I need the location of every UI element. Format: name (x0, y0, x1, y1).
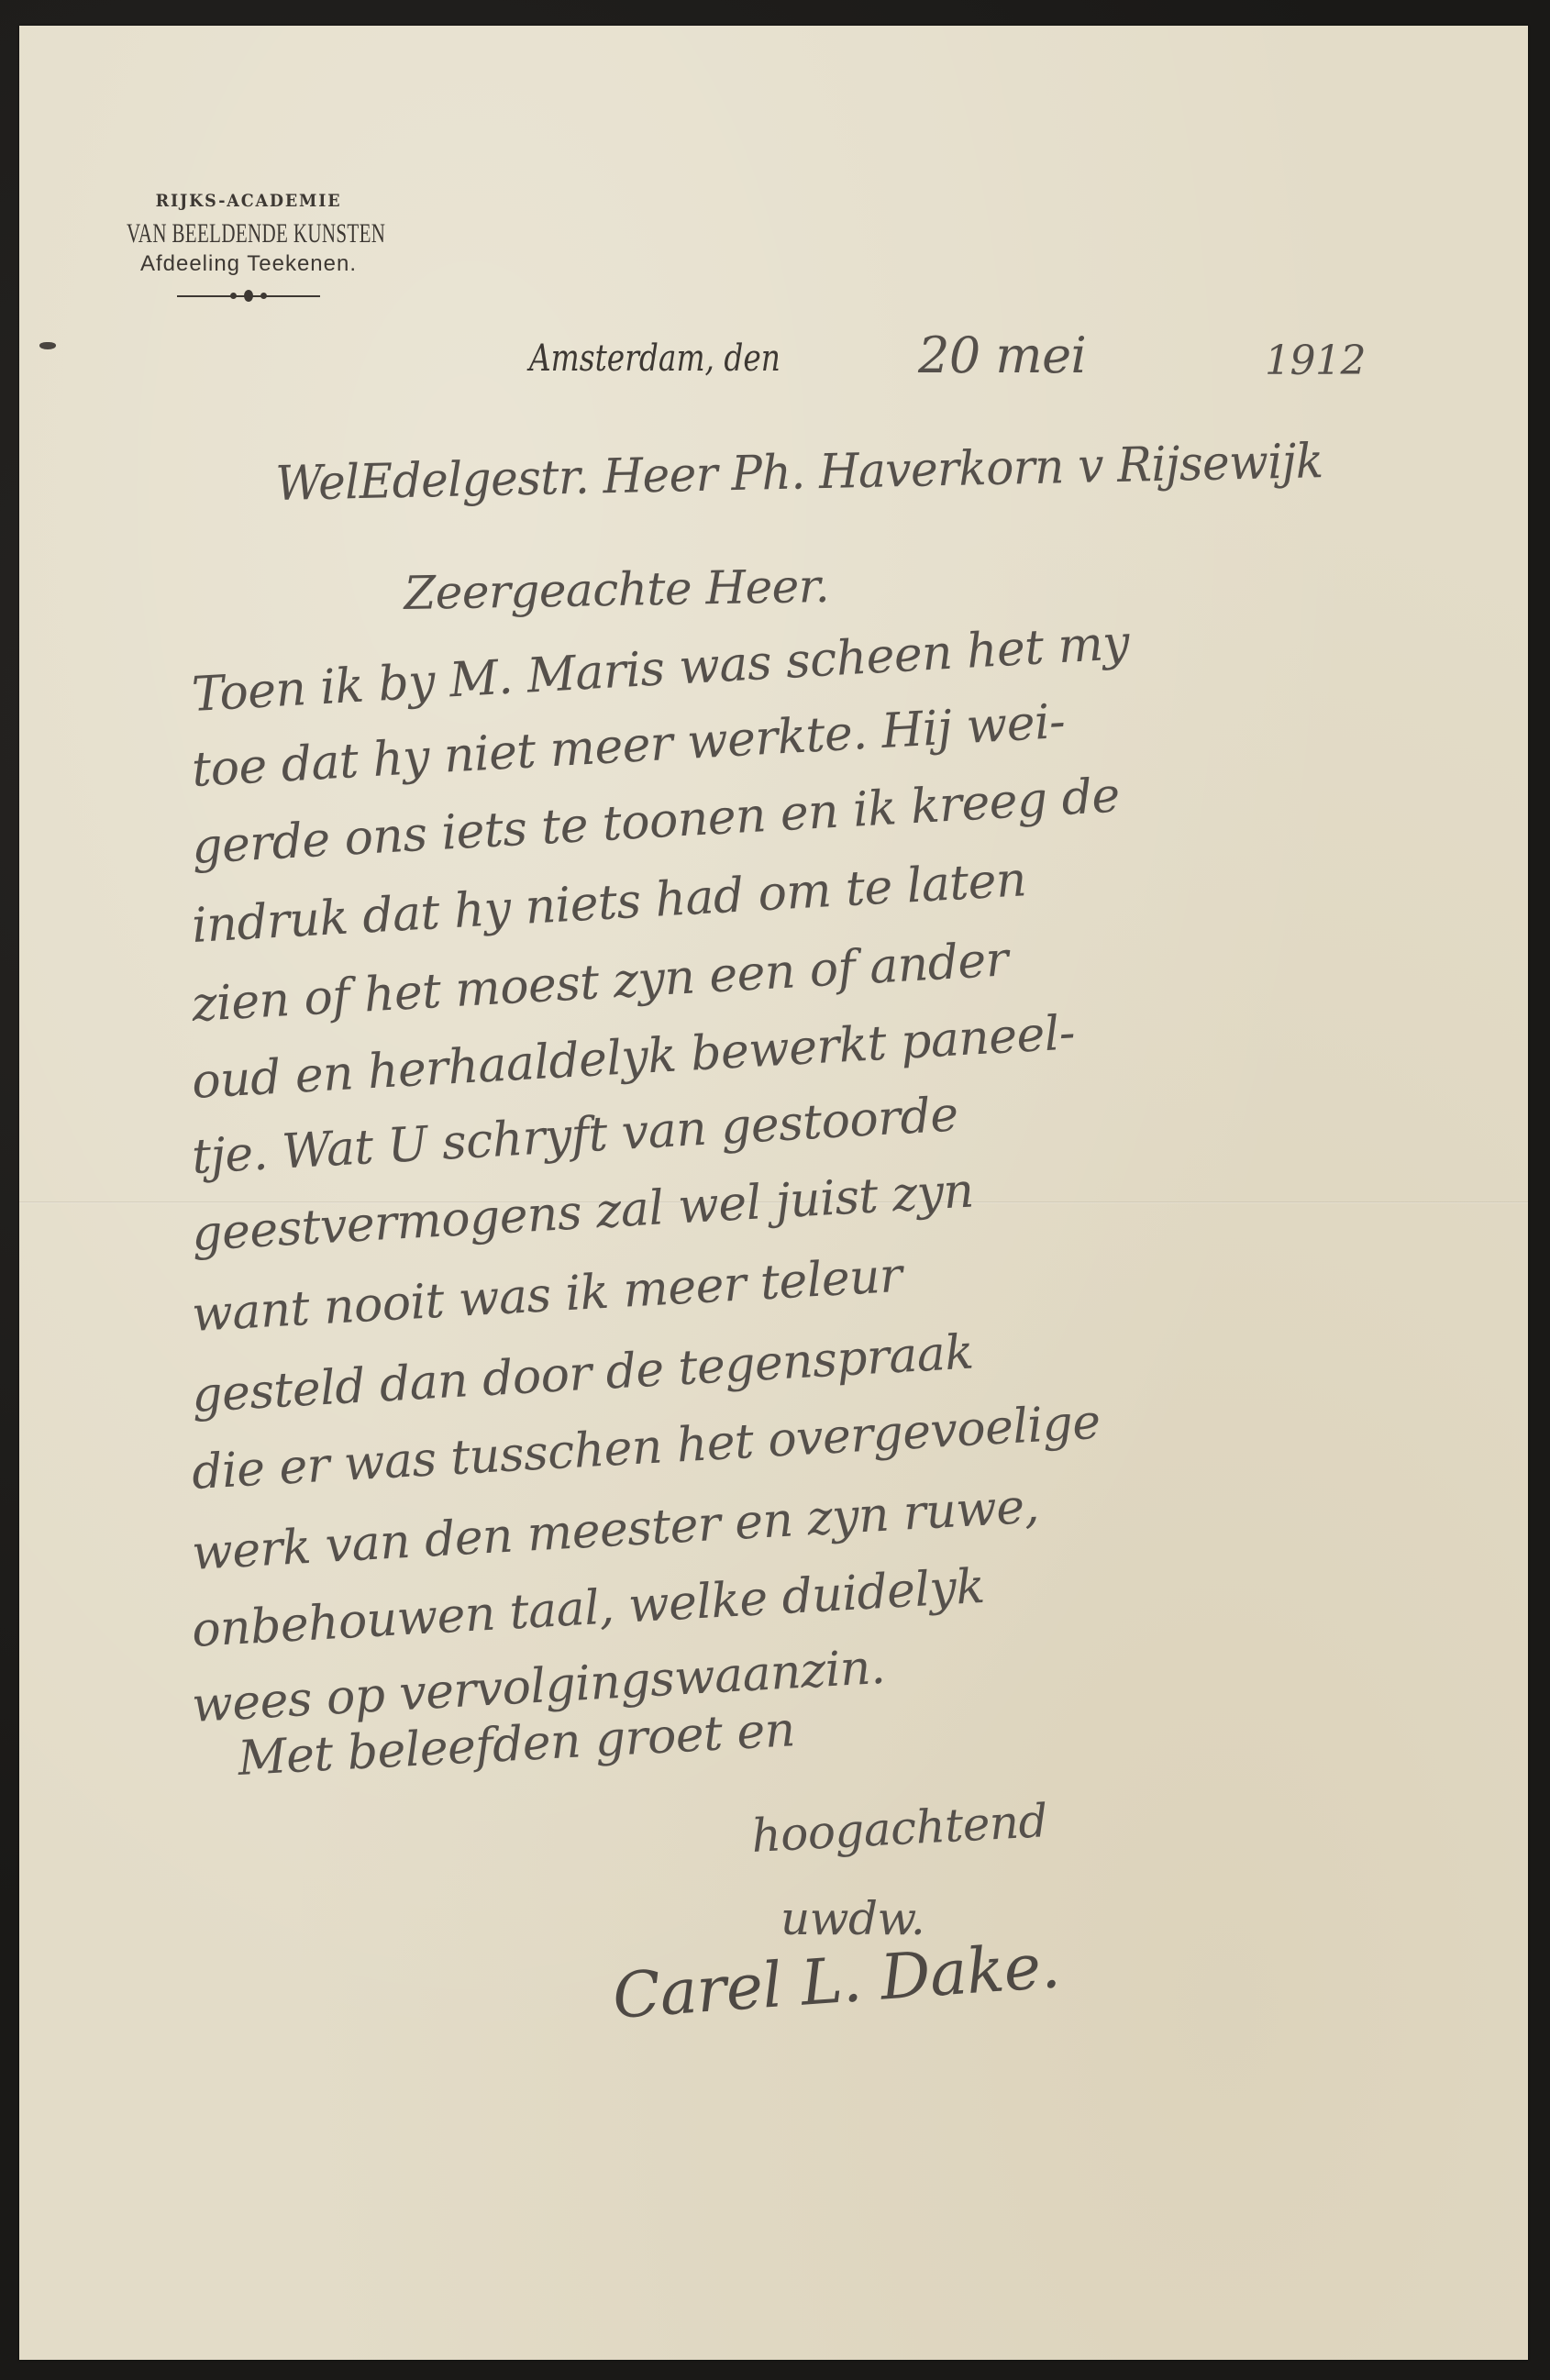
date-year: 1912 (1265, 338, 1366, 384)
printed-place-label: Amsterdam, den (529, 338, 781, 380)
letter-page: RIJKS-ACADEMIE VAN BEELDENDE KUNSTEN Afd… (19, 26, 1528, 2360)
addressee-line: WelEdelgestr. Heer Ph. Haverkorn v Rijse… (275, 434, 1323, 512)
letterhead-institution: RIJKS-ACADEMIE (88, 191, 409, 211)
letterhead: RIJKS-ACADEMIE VAN BEELDENDE KUNSTEN Afd… (74, 191, 423, 303)
body-line: want nooit was ik meer teleur (191, 1248, 903, 1343)
signature: Carel L. Dake. (610, 1930, 1062, 2033)
divider-ornament-icon (177, 290, 320, 303)
handwritten-date: 20 mei (918, 327, 1086, 384)
letterhead-department: Afdeeling Teekenen. (74, 251, 423, 277)
ink-mark (39, 342, 56, 349)
closing-abbreviation: uwdw. (781, 1892, 924, 1945)
letterhead-subtitle: VAN BEELDENDE KUNSTEN (127, 218, 371, 249)
salutation: Zeergeachte Heer. (404, 559, 830, 620)
closing-respect: hoogachtend (750, 1794, 1048, 1863)
